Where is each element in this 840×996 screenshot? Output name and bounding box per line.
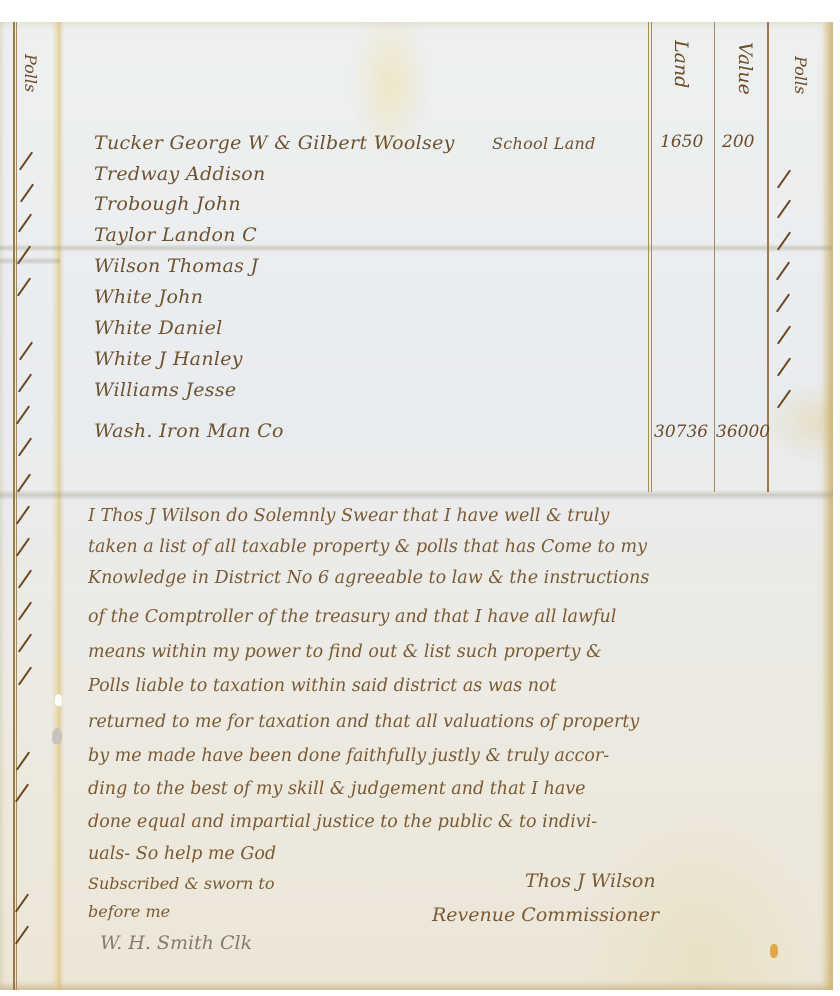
tally-mark bbox=[777, 389, 791, 408]
attestation-line: before me bbox=[88, 902, 170, 921]
polls-column-header: Polls bbox=[791, 56, 810, 94]
tally-mark bbox=[18, 373, 32, 392]
entry-land-value: 30736 bbox=[654, 422, 708, 442]
tally-mark bbox=[18, 633, 32, 652]
tally-mark bbox=[15, 893, 29, 912]
left-margin-rule bbox=[13, 22, 15, 990]
oath-line: taken a list of all taxable property & p… bbox=[88, 537, 647, 557]
tally-mark bbox=[777, 357, 791, 376]
entry-name: White J Hanley bbox=[94, 348, 243, 370]
paper-stain bbox=[770, 944, 778, 958]
tally-mark bbox=[18, 569, 32, 588]
entry-name: Tredway Addison bbox=[94, 163, 266, 185]
left-margin-rule-inner bbox=[16, 22, 17, 990]
tally-mark bbox=[20, 183, 34, 202]
entry-property-value: 200 bbox=[722, 132, 754, 152]
entry-land-value: 1650 bbox=[660, 132, 703, 152]
oath-line: uals- So help me God bbox=[88, 844, 276, 864]
page-edge-stain bbox=[823, 22, 833, 990]
vertical-fold bbox=[52, 22, 64, 990]
value-column-header: Value bbox=[734, 42, 756, 95]
oath-line: means within my power to find out & list… bbox=[88, 642, 602, 662]
entry-name: Tucker George W & Gilbert Woolsey bbox=[94, 132, 455, 154]
entry-name: Wash. Iron Man Co bbox=[94, 420, 284, 442]
entry-name: Williams Jesse bbox=[94, 379, 236, 401]
entry-note: School Land bbox=[492, 134, 596, 153]
tally-mark bbox=[19, 151, 33, 170]
tally-mark bbox=[776, 261, 790, 280]
attestation-line: Subscribed & sworn to bbox=[88, 874, 274, 893]
tally-mark bbox=[15, 925, 29, 944]
document-page: ꝓ Polls Land Value Polls Tucker George W… bbox=[0, 22, 833, 990]
entry-name: Trobough John bbox=[94, 193, 241, 215]
tally-mark bbox=[18, 601, 32, 620]
left-polls-header: Polls bbox=[21, 54, 40, 92]
entry-name: Taylor Landon C bbox=[94, 224, 257, 246]
tally-mark bbox=[19, 341, 33, 360]
paper-hole bbox=[52, 728, 62, 744]
tally-mark bbox=[777, 325, 791, 344]
horizontal-fold-middle bbox=[0, 490, 833, 500]
oath-line: I Thos J Wilson do Solemnly Swear that I… bbox=[88, 506, 609, 526]
entry-name: White Daniel bbox=[94, 317, 223, 339]
oath-line: by me made have been done faithfully jus… bbox=[88, 746, 609, 766]
land-column-rule bbox=[648, 22, 649, 492]
paper-hole bbox=[55, 694, 62, 706]
tally-mark bbox=[16, 505, 30, 524]
oath-line: Polls liable to taxation within said dis… bbox=[88, 676, 557, 696]
entry-name: White John bbox=[94, 286, 203, 308]
oath-line: ding to the best of my skill & judgement… bbox=[88, 779, 586, 799]
tally-mark bbox=[16, 405, 30, 424]
commissioner-signature: Thos J Wilson bbox=[525, 870, 656, 892]
tally-mark bbox=[15, 783, 29, 802]
tally-mark bbox=[18, 437, 32, 456]
tally-mark bbox=[777, 169, 791, 188]
tally-mark bbox=[776, 293, 790, 312]
clerk-signature: W. H. Smith Clk bbox=[100, 932, 252, 954]
tally-mark bbox=[18, 666, 32, 685]
oath-line: of the Comptroller of the treasury and t… bbox=[88, 607, 616, 627]
tally-mark bbox=[777, 199, 791, 218]
tally-mark bbox=[17, 277, 31, 296]
fold-mark bbox=[0, 257, 60, 265]
entry-property-value: 36000 bbox=[716, 422, 770, 442]
entry-name: Wilson Thomas J bbox=[94, 255, 258, 277]
tally-mark bbox=[18, 213, 32, 232]
oath-line: returned to me for taxation and that all… bbox=[88, 712, 639, 732]
tally-mark bbox=[16, 537, 30, 556]
commissioner-title: Revenue Commissioner bbox=[432, 904, 659, 926]
oath-line: Knowledge in District No 6 agreeable to … bbox=[88, 568, 649, 588]
tally-mark bbox=[16, 751, 30, 770]
oath-line: done equal and impartial justice to the … bbox=[88, 812, 597, 832]
land-column-rule-inner bbox=[651, 22, 652, 492]
land-column-header: Land bbox=[670, 40, 692, 88]
value-column-rule bbox=[714, 22, 715, 492]
